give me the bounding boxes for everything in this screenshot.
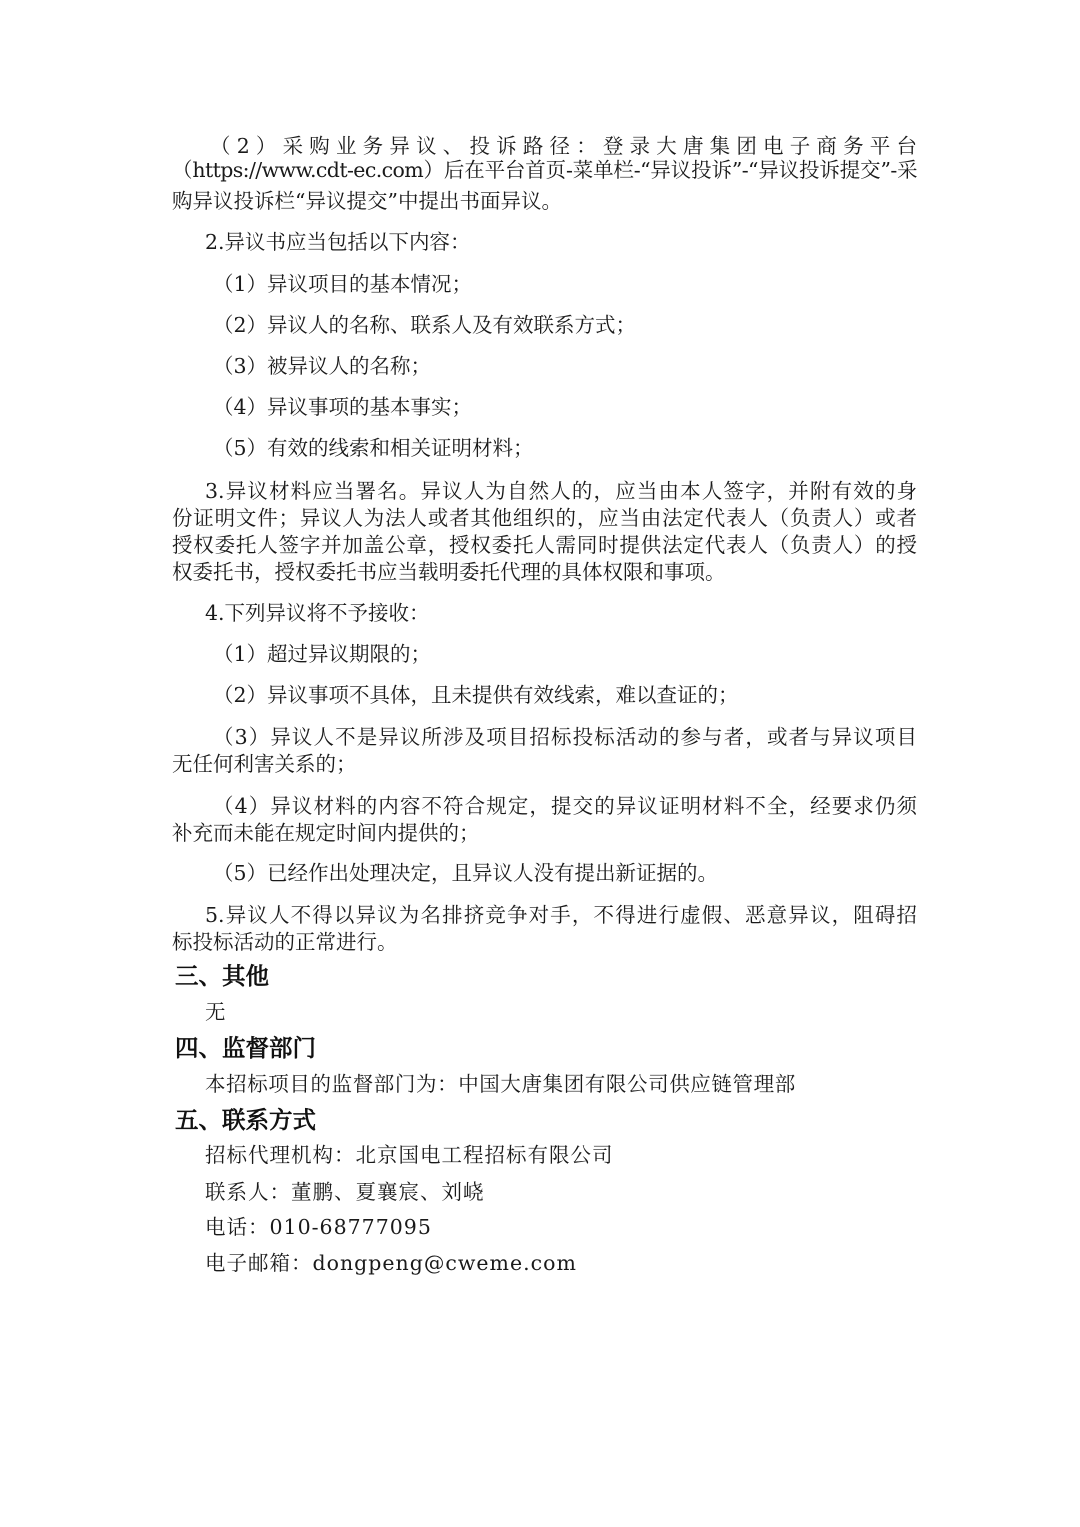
objection-path-line-2: （https://www.cdt-ec.com）后在平台首页-菜单栏-“异议投诉… [172,158,917,182]
point2-item-5: （5）有效的线索和相关证明材料； [213,436,534,460]
contact-email: 电子邮箱：dongpeng@cweme.com [205,1251,577,1275]
point3-line-4: 权委托书，授权委托书应当载明委托代理的具体权限和事项。 [172,560,726,584]
point4-item-4-line-2: 补充而未能在规定时间内提供的； [172,821,480,845]
point3-line-2: 份证明文件；异议人为法人或者其他组织的，应当由法定代表人（负责人）或者 [172,506,917,530]
point2-title: 2.异议书应当包括以下内容： [205,230,471,254]
section-4-body: 本招标项目的监督部门为：中国大唐集团有限公司供应链管理部 [205,1072,796,1096]
point3-line-1: 3.异议材料应当署名。异议人为自然人的，应当由本人签字，并附有效的身 [205,479,917,503]
point4-item-2: （2）异议事项不具体，且未提供有效线索，难以查证的； [213,683,739,707]
point4-item-1: （1）超过异议期限的； [213,642,431,666]
contact-phone: 电话：010-68777095 [205,1215,432,1239]
section-3-title: 三、其他 [175,962,269,990]
point2-item-4: （4）异议事项的基本事实； [213,395,472,419]
section-5-title: 五、联系方式 [175,1106,316,1134]
point4-item-5: （5）已经作出处理决定，且异议人没有提出新证据的。 [213,861,718,885]
point3-line-3: 授权委托人签字并加盖公章，授权委托人需同时提供法定代表人（负责人）的授 [172,533,917,557]
point5-line-2: 标投标活动的正常进行。 [172,930,398,954]
section-4-title: 四、监督部门 [175,1034,316,1062]
point2-item-1: （1）异议项目的基本情况； [213,272,472,296]
section-3-body: 无 [205,1000,226,1024]
point2-item-3: （3）被异议人的名称； [213,354,431,378]
point4-item-3-line-2: 无任何利害关系的； [172,752,357,776]
objection-path-line-1: （2）采购业务异议、投诉路径：登录大唐集团电子商务平台 [210,134,917,158]
point5-line-1: 5.异议人不得以异议为名排挤竞争对手，不得进行虚假、恶意异议，阻碍招 [205,903,917,927]
point4-item-4-line-1: （4）异议材料的内容不符合规定，提交的异议证明材料不全，经要求仍须 [213,794,917,818]
point4-item-3-line-1: （3）异议人不是异议所涉及项目招标投标活动的参与者，或者与异议项目 [213,725,917,749]
objection-path-line-3: 购异议投诉栏“异议提交”中提出书面异议。 [172,189,562,213]
point4-title: 4.下列异议将不予接收： [205,601,430,625]
contact-persons: 联系人：董鹏、夏襄宸、刘峣 [205,1180,485,1204]
document-page: （2）采购业务异议、投诉路径：登录大唐集团电子商务平台 （https://www… [0,0,1080,1527]
point2-item-2: （2）异议人的名称、联系人及有效联系方式； [213,313,636,337]
contact-agency: 招标代理机构：北京国电工程招标有限公司 [205,1143,614,1167]
